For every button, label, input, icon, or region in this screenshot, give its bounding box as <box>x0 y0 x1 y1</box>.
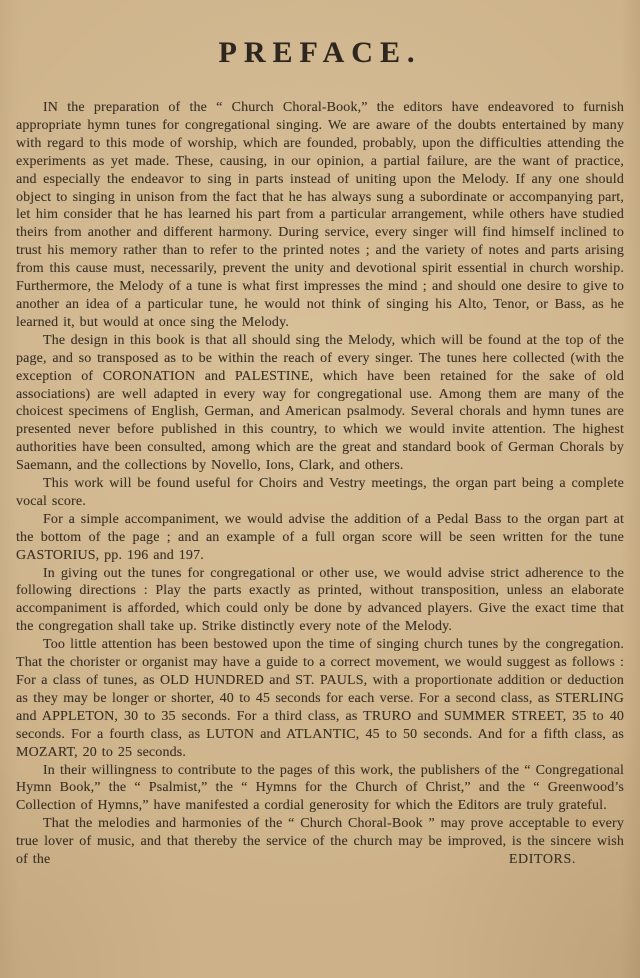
paragraph-7: In their willingness to contribute to th… <box>16 762 624 816</box>
paragraph-3: This work will be found useful for Choir… <box>16 475 624 511</box>
paragraph-1: IN the preparation of the “ Church Chora… <box>16 99 624 332</box>
editors-signature: EDITORS. <box>16 851 624 869</box>
preface-body: IN the preparation of the “ Church Chora… <box>16 99 624 869</box>
page-title: PREFACE. <box>16 36 624 69</box>
paragraph-2: The design in this book is that all shou… <box>16 332 624 475</box>
paragraph-4: For a simple accompaniment, we would adv… <box>16 511 624 565</box>
book-page: PREFACE. IN the preparation of the “ Chu… <box>0 0 640 978</box>
paragraph-5: In giving out the tunes for congregation… <box>16 565 624 637</box>
paragraph-6: Too little attention has been bestowed u… <box>16 636 624 761</box>
